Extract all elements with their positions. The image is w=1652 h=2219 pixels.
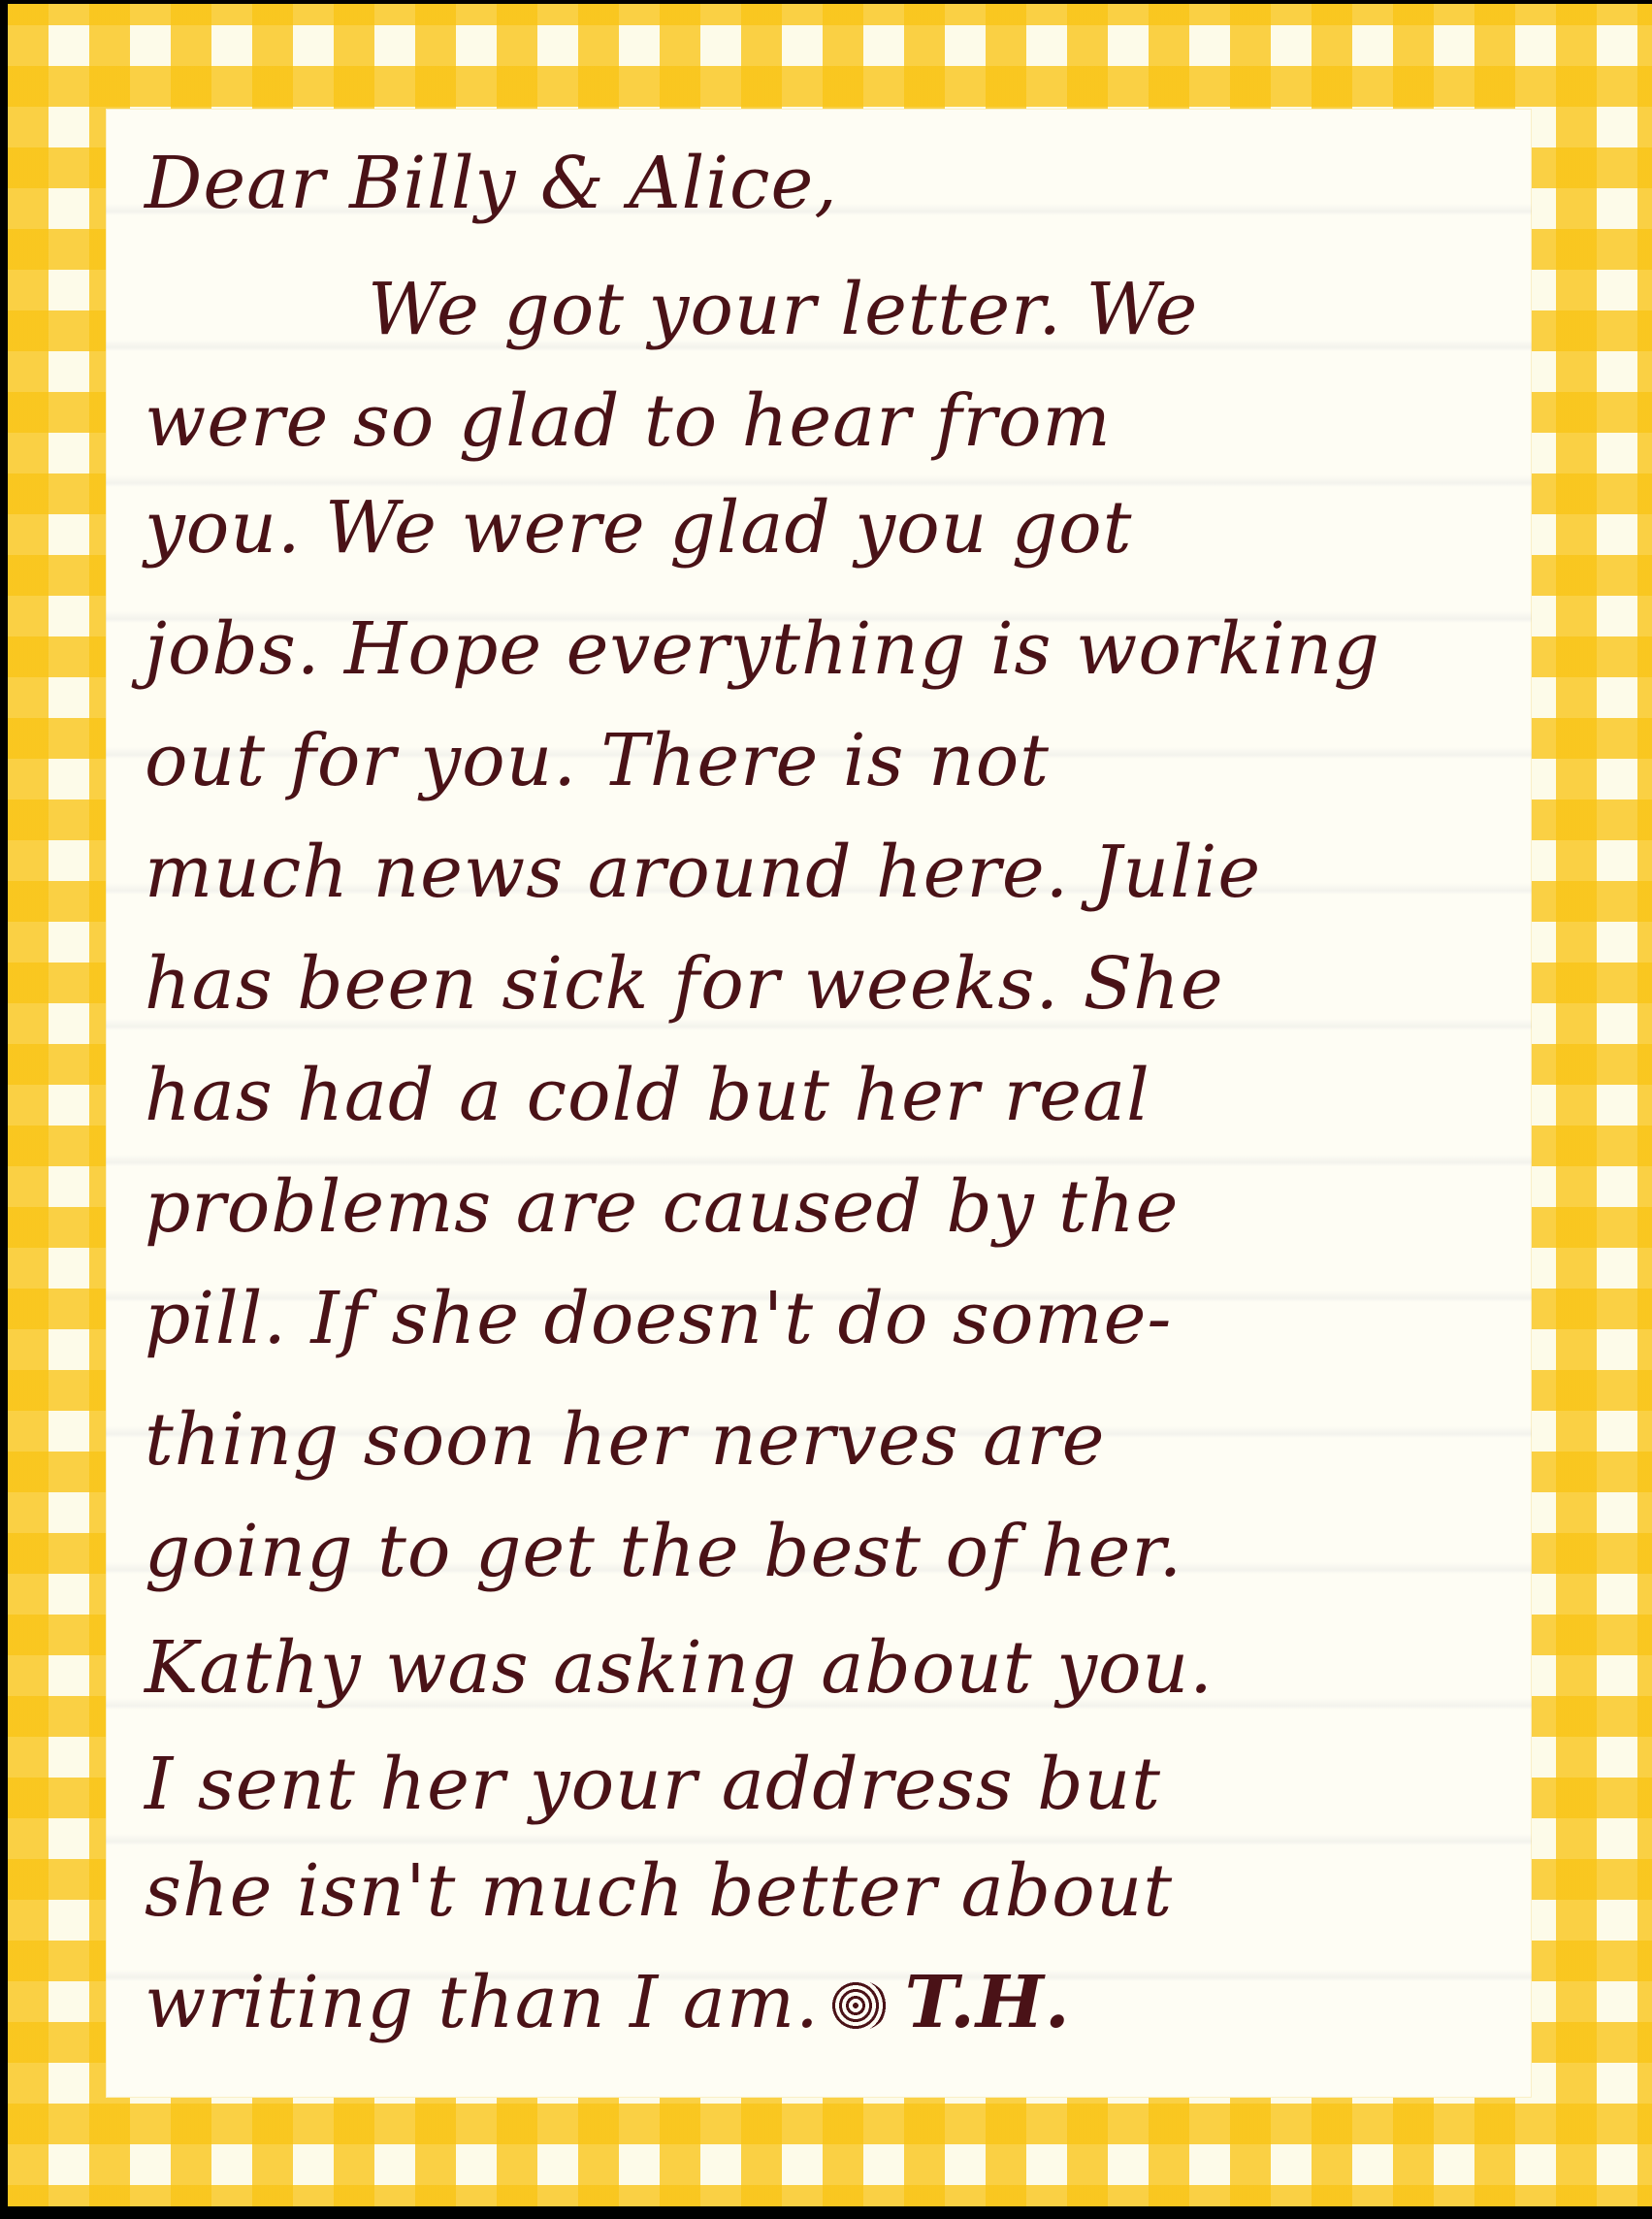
letter-line: pill. If she doesn't do some- xyxy=(145,1283,1172,1354)
letter-line: going to get the best of her. xyxy=(145,1516,1182,1587)
letter-line: writing than I am. xyxy=(145,1961,820,2044)
letter-line: thing soon her nerves are xyxy=(145,1404,1105,1476)
stationery-sheet: Dear Billy & Alice, We got your letter. … xyxy=(8,4,1652,2206)
letter-line: problems are caused by the xyxy=(145,1171,1179,1243)
letter-body: Dear Billy & Alice, We got your letter. … xyxy=(145,109,1522,2098)
closing-line: writing than I am.T.H. xyxy=(145,1967,1071,2039)
signature: T.H. xyxy=(905,1961,1071,2044)
letter-line: out for you. There is not xyxy=(145,725,1050,797)
letter-line: were so glad to hear from xyxy=(145,385,1112,457)
scribble-mark-icon xyxy=(829,1980,888,2031)
letter-paper: Dear Billy & Alice, We got your letter. … xyxy=(106,109,1532,2098)
letter-line: has been sick for weeks. She xyxy=(145,948,1224,1020)
letter-line: jobs. Hope everything is working xyxy=(145,613,1380,685)
letter-line: I sent her your address but xyxy=(145,1748,1161,1820)
letter-line: she isn't much better about xyxy=(145,1855,1173,1927)
letter-line: you. We were glad you got xyxy=(145,492,1132,564)
letter-line: Kathy was asking about you. xyxy=(145,1632,1214,1704)
letter-line: We got your letter. We xyxy=(368,274,1198,345)
salutation: Dear Billy & Alice, xyxy=(145,147,838,219)
letter-line: has had a cold but her real xyxy=(145,1060,1150,1131)
letter-line: much news around here. Julie xyxy=(145,836,1261,908)
